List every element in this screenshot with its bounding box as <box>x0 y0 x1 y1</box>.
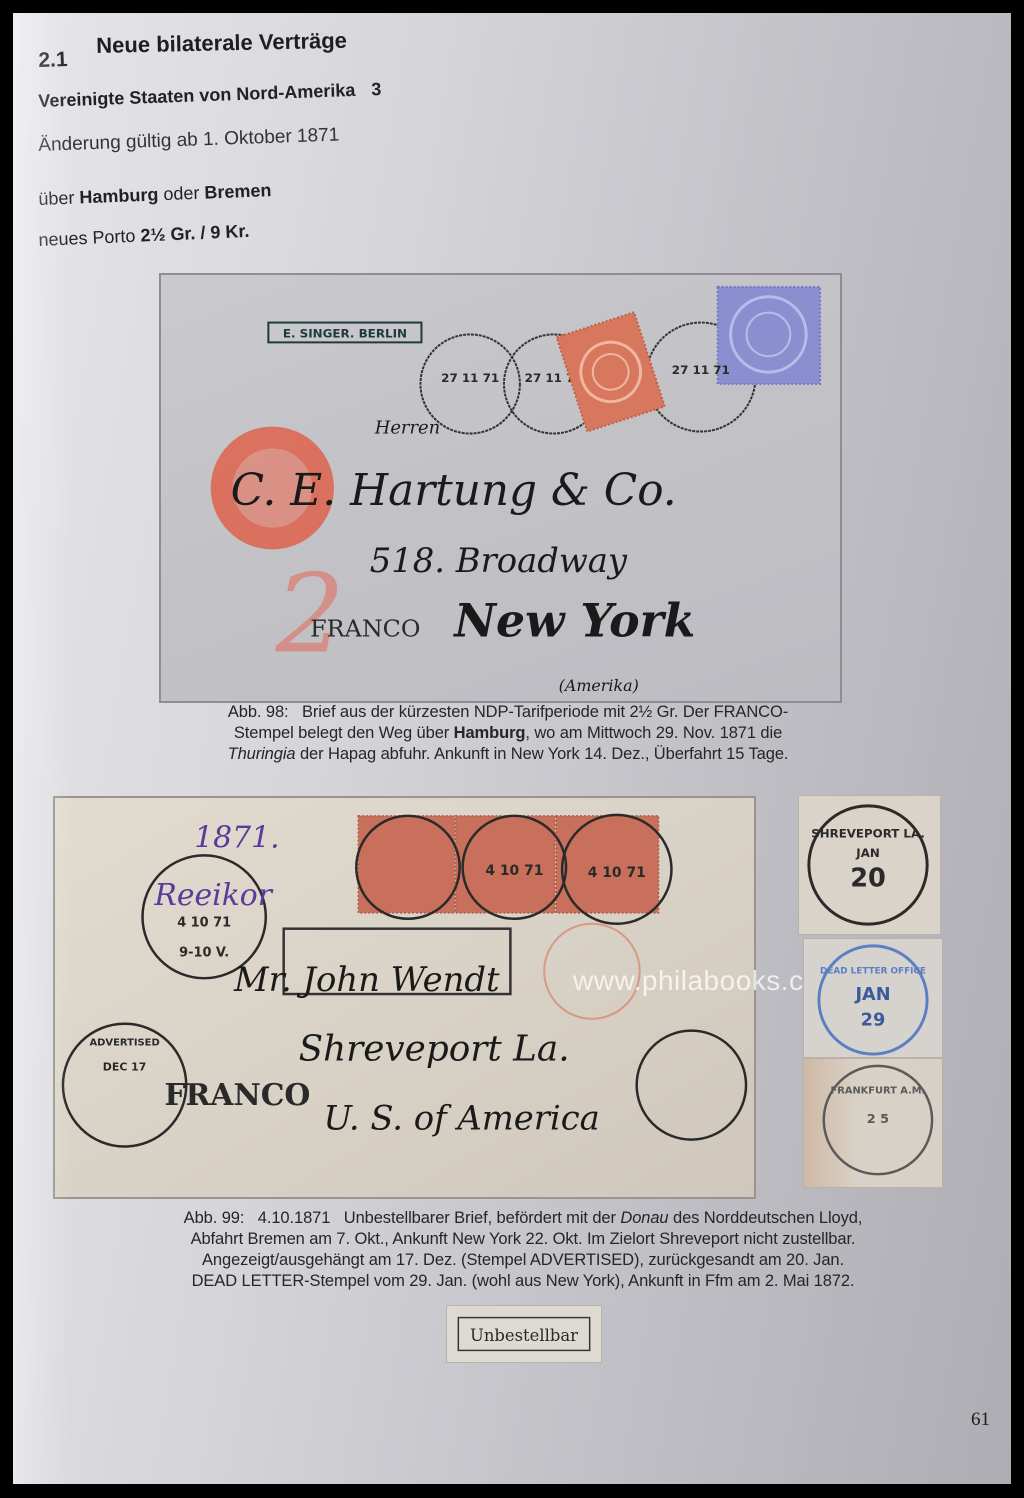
book-page: 2.1 Neue bilaterale Verträge Vereinigte … <box>13 13 1011 1484</box>
svg-text:ADVERTISED: ADVERTISED <box>89 1038 159 1049</box>
subtitle-part: 3 <box>371 79 382 99</box>
route-city-bremen: Bremen <box>204 180 272 203</box>
stamp-blue <box>718 287 820 384</box>
svg-text:FRANCO: FRANCO <box>164 1078 310 1113</box>
svg-text:Shreveport La.: Shreveport La. <box>299 1028 570 1069</box>
svg-text:Unbestellbar: Unbestellbar <box>470 1326 578 1345</box>
svg-text:JAN: JAN <box>855 846 879 860</box>
svg-text:DEAD LETTER OFFICE: DEAD LETTER OFFICE <box>820 966 926 976</box>
svg-text:20: 20 <box>850 864 886 894</box>
sender-cachet: E. SINGER. BERLIN <box>268 323 421 343</box>
caption-bold: Hamburg <box>454 724 526 742</box>
svg-text:JAN: JAN <box>854 985 890 1005</box>
caption-text: Unbestellbarer Brief, befördert mit der <box>344 1209 621 1227</box>
detail-snippet-frankfurt: FRANKFURT A.M. 2 5 <box>803 1058 943 1188</box>
svg-text:27 11 71: 27 11 71 <box>441 371 499 385</box>
caption-text: Stempel belegt den Weg über <box>234 724 454 742</box>
svg-text:4 10 71: 4 10 71 <box>485 863 543 879</box>
svg-text:SHREVEPORT LA.: SHREVEPORT LA. <box>811 826 925 840</box>
section-title: Neue bilaterale Verträge <box>96 28 347 59</box>
ship-name: Donau <box>620 1209 668 1227</box>
svg-text:FRANKFURT A.M.: FRANKFURT A.M. <box>831 1085 926 1096</box>
page-number: 61 <box>971 1409 990 1431</box>
route-conjunction: oder <box>163 183 200 204</box>
caption-date: 4.10.1871 <box>258 1209 331 1227</box>
paid-all-circle <box>637 1031 746 1140</box>
svg-text:518. Broadway: 518. Broadway <box>370 541 628 580</box>
caption-line: Brief aus der kürzesten NDP-Tarifperiode… <box>302 703 788 721</box>
svg-text:FRANCO: FRANCO <box>310 615 420 643</box>
svg-text:Herren: Herren <box>374 418 440 439</box>
detail-snippet-shreveport: SHREVEPORT LA. JAN 20 <box>798 795 941 935</box>
caption-figure-99: Abb. 99: 4.10.1871 Unbestellbarer Brief,… <box>73 1208 973 1292</box>
caption-label: Abb. 98: <box>228 703 289 721</box>
detail-snippet-dead-letter: DEAD LETTER OFFICE JAN 29 <box>803 938 943 1058</box>
svg-text:DEC 17: DEC 17 <box>103 1060 147 1073</box>
caption-label: Abb. 99: <box>184 1209 245 1227</box>
svg-text:U. S. of America: U. S. of America <box>323 1099 599 1138</box>
svg-text:E. SINGER. BERLIN: E. SINGER. BERLIN <box>283 326 407 340</box>
svg-text:27 11 71: 27 11 71 <box>672 363 730 377</box>
subtitle: Vereinigte Staaten von Nord-Amerika3 <box>38 79 382 112</box>
svg-text:(Amerika): (Amerika) <box>559 676 639 695</box>
porto-line: neues Porto 2½ Gr. / 9 Kr. <box>38 221 250 251</box>
svg-text:4 10 71: 4 10 71 <box>588 865 646 881</box>
svg-text:9-10 V.: 9-10 V. <box>179 945 229 960</box>
ship-name: Thuringia <box>228 745 296 763</box>
stamp-orange <box>557 312 665 431</box>
caption-line: DEAD LETTER-Stempel vom 29. Jan. (wohl a… <box>73 1271 973 1292</box>
change-date-line: Änderung gültig ab 1. Oktober 1871 <box>38 124 340 156</box>
svg-text:Mr. John Wendt: Mr. John Wendt <box>233 960 500 999</box>
caption-line: Abfahrt Bremen am 7. Okt., Ankunft New Y… <box>73 1229 973 1250</box>
subtitle-text: Vereinigte Staaten von Nord-Amerika <box>38 80 356 111</box>
envelope-figure-99: 4 10 71 4 10 71 4 10 71 9-10 V. 1871. Re… <box>53 796 756 1199</box>
envelope-figure-98: E. SINGER. BERLIN 27 11 71 27 11 71 <box>159 273 842 703</box>
caption-text: , wo am Mittwoch 29. Nov. 1871 die <box>525 724 782 742</box>
route-prefix: über <box>38 188 75 209</box>
caption-line: Angezeigt/ausgehängt am 17. Dez. (Stempe… <box>73 1250 973 1271</box>
route-city-hamburg: Hamburg <box>79 184 159 207</box>
section-number: 2.1 <box>38 48 68 73</box>
svg-text:Reeikor: Reeikor <box>153 878 273 913</box>
caption-text: der Hapag abfuhr. Ankunft in New York 14… <box>295 745 788 763</box>
svg-text:C. E. Hartung & Co.: C. E. Hartung & Co. <box>231 465 677 516</box>
porto-value: 2½ Gr. / 9 Kr. <box>140 221 250 246</box>
route-line: über Hamburg oder Bremen <box>38 180 272 210</box>
unbestellbar-stamp: Unbestellbar <box>446 1305 602 1363</box>
svg-text:2 5: 2 5 <box>867 1112 889 1127</box>
caption-text: des Norddeutschen Lloyd, <box>669 1209 863 1227</box>
svg-text:4 10 71: 4 10 71 <box>177 916 231 931</box>
svg-text:29: 29 <box>861 1011 886 1031</box>
svg-text:New York: New York <box>452 594 695 648</box>
porto-prefix: neues Porto <box>38 226 136 250</box>
svg-text:1871.: 1871. <box>194 821 279 856</box>
caption-figure-98: Abb. 98: Brief aus der kürzesten NDP-Tar… <box>143 702 873 765</box>
